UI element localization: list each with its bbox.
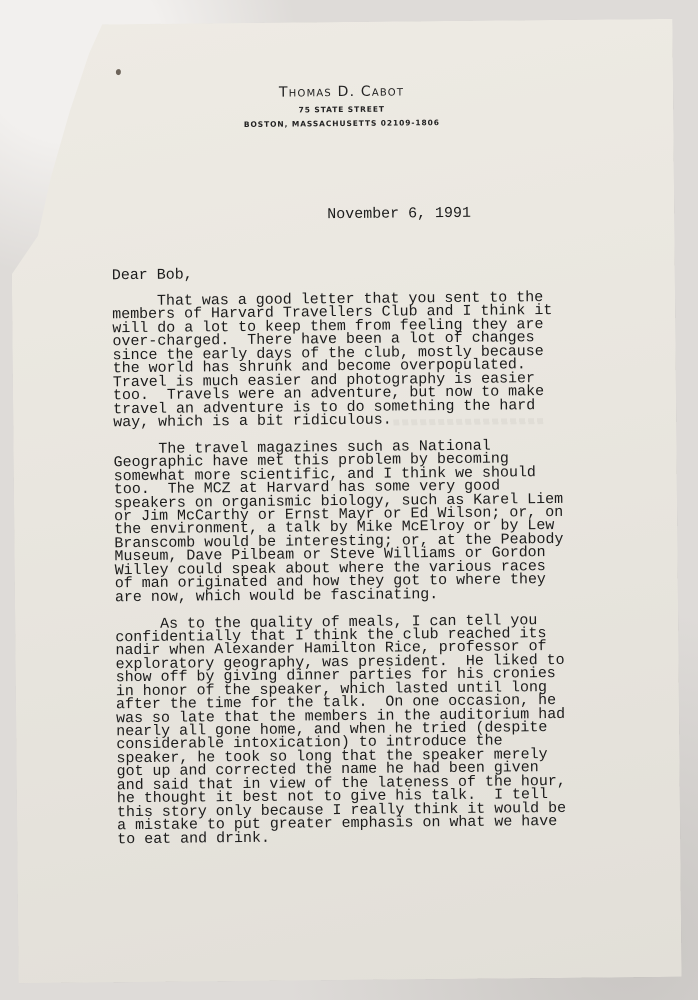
letterhead-name: Thomas D. Cabot	[10, 81, 673, 103]
paragraph: That was a good letter that you sent to …	[112, 291, 562, 430]
paragraph-line: way, which is a bit ridiculous.	[113, 412, 562, 430]
salutation: Dear Bob,	[112, 268, 193, 282]
paragraph: As to the quality of meals, I can tell y…	[115, 613, 566, 846]
torn-corner-mark	[116, 69, 121, 75]
letterhead-street: 75 STATE STREET	[10, 102, 673, 117]
paragraph-line: are now, which would be fascinating.	[115, 587, 564, 605]
letter-date: November 6, 1991	[327, 207, 471, 222]
letter-page: Thomas D. Cabot 75 STATE STREET BOSTON, …	[9, 19, 681, 983]
letterhead: Thomas D. Cabot 75 STATE STREET BOSTON, …	[10, 81, 673, 131]
paragraph: The travel magazines such as NationalGeo…	[113, 439, 564, 605]
letter-body: That was a good letter that you sent to …	[112, 291, 566, 860]
letterhead-city: BOSTON, MASSACHUSETTS 02109-1806	[10, 116, 673, 131]
